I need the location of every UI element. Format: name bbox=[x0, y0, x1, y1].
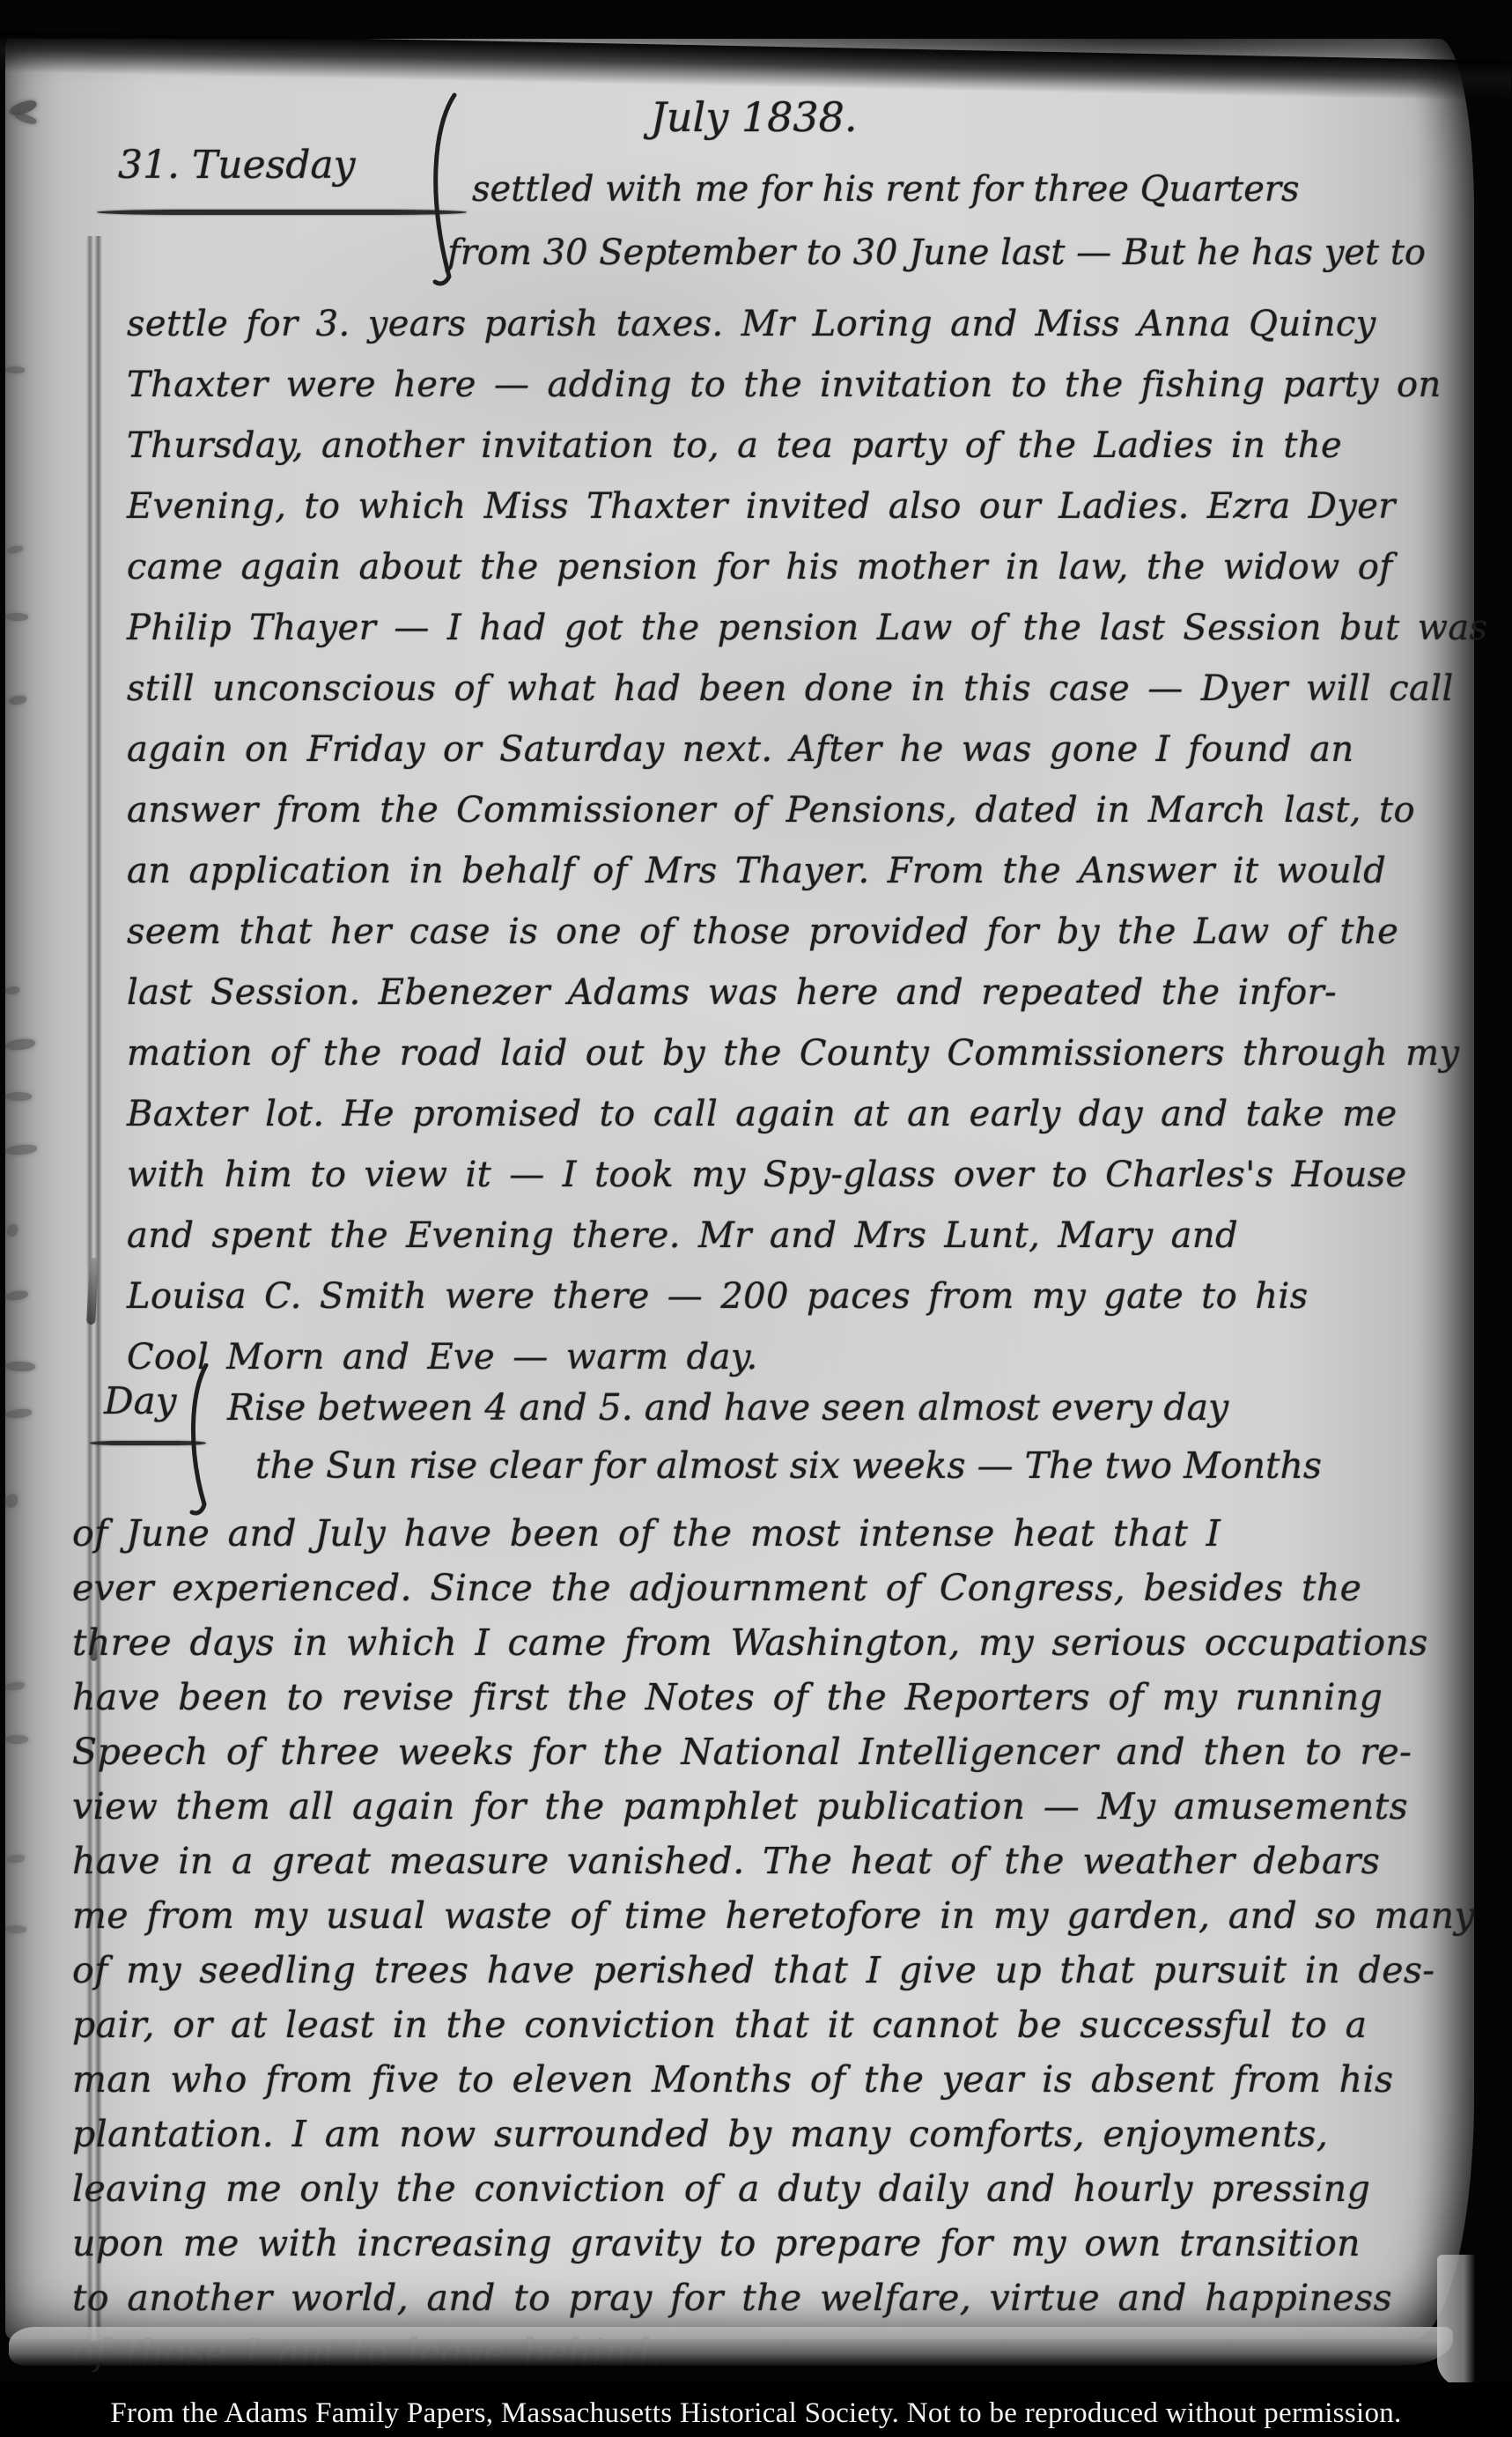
manuscript-line: Thaxter were here — adding to the invita… bbox=[127, 355, 1488, 416]
manuscript-line: of June and July have been of the most i… bbox=[72, 1506, 1475, 1561]
manuscript-line: pair, or at least in the conviction that… bbox=[72, 1998, 1475, 2052]
manuscript-line: leaving me only the conviction of a duty… bbox=[72, 2161, 1475, 2216]
manuscript-line: came again about the pension for his mot… bbox=[127, 537, 1488, 598]
entry-body-lines: settle for 3. years parish taxes. Mr Lor… bbox=[127, 294, 1488, 1388]
page-right-edge bbox=[1437, 2255, 1476, 2387]
manuscript-line: to another world, and to pray for the we… bbox=[72, 2271, 1475, 2325]
label-underline-flourish bbox=[97, 210, 467, 215]
manuscript-line: plantation. I am now surrounded by many … bbox=[72, 2107, 1475, 2161]
manuscript-line: settled with me for his rent for three Q… bbox=[472, 169, 1300, 210]
manuscript-line: Evening, to which Miss Thaxter invited a… bbox=[127, 476, 1488, 537]
manuscript-line: Baxter lot. He promised to call again at… bbox=[127, 1084, 1488, 1145]
manuscript-line: view them all again for the pamphlet pub… bbox=[72, 1779, 1475, 1834]
manuscript-line: an application in behalf of Mrs Thayer. … bbox=[127, 841, 1488, 902]
footer-credit-text: From the Adams Family Papers, Massachuse… bbox=[0, 2397, 1512, 2430]
manuscript-line: still unconscious of what had been done … bbox=[127, 659, 1488, 720]
diary-entry-day: Day Rise between 4 and 5. and have seen … bbox=[5, 1358, 1474, 2380]
manuscript-line: of my seedling trees have perished that … bbox=[72, 1943, 1475, 1998]
manuscript-line: Philip Thayer — I had got the pension La… bbox=[127, 598, 1488, 659]
manuscript-line: seem that her case is one of those provi… bbox=[127, 902, 1488, 963]
entry-date-label: 31. Tuesday bbox=[118, 143, 356, 188]
manuscript-line: Rise between 4 and 5. and have seen almo… bbox=[227, 1386, 1228, 1429]
manuscript-page: July 1838. 31. Tuesday settled with me f… bbox=[5, 39, 1474, 2339]
manuscript-line: last Session. Ebenezer Adams was here an… bbox=[127, 963, 1488, 1023]
manuscript-line: from 30 September to 30 June last — But … bbox=[447, 233, 1426, 273]
manuscript-line: settle for 3. years parish taxes. Mr Lor… bbox=[127, 294, 1488, 355]
manuscript-line: three days in which I came from Washingt… bbox=[72, 1615, 1475, 1670]
diary-entry-31-tuesday: 31. Tuesday settled with me for his rent… bbox=[5, 134, 1474, 1358]
manuscript-line: mation of the road laid out by the Count… bbox=[127, 1023, 1488, 1084]
manuscript-line: Louisa C. Smith were there — 200 paces f… bbox=[127, 1267, 1488, 1327]
manuscript-line: Speech of three weeks for the National I… bbox=[72, 1724, 1475, 1779]
manuscript-line: answer from the Commissioner of Pensions… bbox=[127, 780, 1488, 841]
manuscript-line: have in a great measure vanished. The he… bbox=[72, 1834, 1475, 1888]
entry-brace-icon bbox=[180, 1363, 222, 1518]
manuscript-line: with him to view it — I took my Spy-glas… bbox=[127, 1145, 1488, 1206]
page-bottom-edge bbox=[9, 2327, 1453, 2366]
manuscript-line: ever experienced. Since the adjournment … bbox=[72, 1561, 1475, 1615]
entry-date-label: Day bbox=[104, 1379, 176, 1422]
entry-body-lines: of June and July have been of the most i… bbox=[72, 1506, 1475, 2380]
footer-credit-bar: From the Adams Family Papers, Massachuse… bbox=[0, 2382, 1512, 2437]
manuscript-line: the Sun rise clear for almost six weeks … bbox=[255, 1444, 1322, 1487]
manuscript-line: again on Friday or Saturday next. After … bbox=[127, 720, 1488, 780]
manuscript-line: have been to revise first the Notes of t… bbox=[72, 1670, 1475, 1724]
manuscript-line: Thursday, another invitation to, a tea p… bbox=[127, 416, 1488, 476]
diary-page-scan: July 1838. 31. Tuesday settled with me f… bbox=[0, 0, 1512, 2437]
manuscript-line: me from my usual waste of time heretofor… bbox=[72, 1888, 1475, 1943]
manuscript-line: man who from five to eleven Months of th… bbox=[72, 2052, 1475, 2107]
manuscript-line: upon me with increasing gravity to prepa… bbox=[72, 2216, 1475, 2271]
manuscript-line: and spent the Evening there. Mr and Mrs … bbox=[127, 1206, 1488, 1267]
